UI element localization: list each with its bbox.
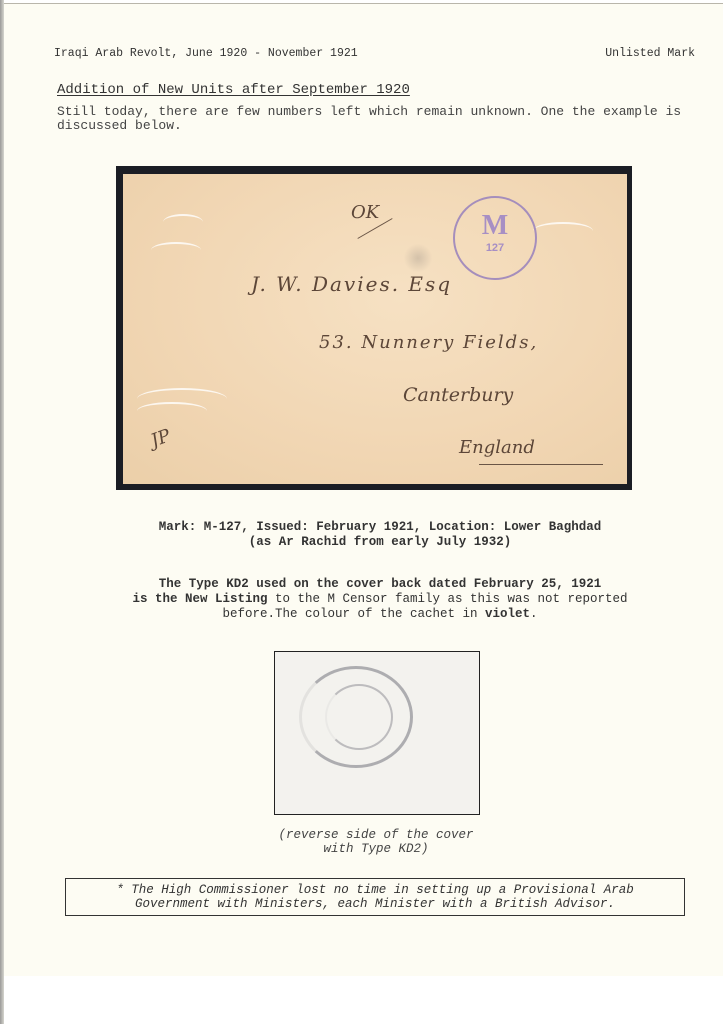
censor-number: 127: [455, 242, 535, 254]
reverse-caption: (reverse side of the cover with Type KD2…: [236, 828, 516, 856]
mark-caption-line-1: Mark: M-127, Issued: February 1921, Loca…: [100, 520, 660, 535]
cover-reverse-photo: [274, 651, 480, 815]
address-line-1: J. W. Davies. Esq: [251, 272, 452, 296]
censor-letter: M: [455, 212, 535, 240]
intro-text: Still today, there are few numbers left …: [57, 105, 697, 133]
envelope: OK M 127 J. W. Davies. Esq 53. Nunnery F…: [123, 174, 627, 484]
section-title: Addition of New Units after September 19…: [57, 82, 410, 98]
postmark-inner-ring: [325, 684, 393, 750]
description-text-1: to the M Censor family as this was not r…: [222, 592, 627, 621]
reverse-caption-line-2: with Type KD2): [236, 842, 516, 856]
page-header-title: Iraqi Arab Revolt, June 1920 - November …: [54, 47, 358, 60]
footnote-box: * The High Commissioner lost no time in …: [65, 878, 685, 916]
description: The Type KD2 used on the cover back date…: [100, 577, 660, 622]
smudge: [403, 244, 433, 272]
description-text-2: .: [530, 607, 538, 621]
reverse-caption-line-1: (reverse side of the cover: [236, 828, 516, 842]
description-bold-2: is the New Listing: [132, 592, 267, 606]
mark-caption: Mark: M-127, Issued: February 1921, Loca…: [100, 520, 660, 550]
address-line-4: England: [459, 437, 535, 458]
footnote-line-2: Government with Ministers, each Minister…: [66, 897, 684, 911]
handwritten-ok: OK: [351, 202, 379, 223]
address-line-2: 53. Nunnery Fields,: [319, 332, 538, 353]
description-bold-1: The Type KD2 used on the cover back date…: [159, 577, 602, 591]
page-header-tag: Unlisted Mark: [605, 47, 695, 60]
footnote-line-1: * The High Commissioner lost no time in …: [66, 883, 684, 897]
description-bold-violet: violet: [485, 607, 530, 621]
address-line-3: Canterbury: [403, 384, 513, 406]
mark-caption-line-2: (as Ar Rachid from early July 1932): [100, 535, 660, 550]
cover-front-photo: OK M 127 J. W. Davies. Esq 53. Nunnery F…: [116, 166, 632, 490]
censor-stamp-icon: M 127: [453, 196, 537, 280]
handwritten-initials: JP: [148, 425, 173, 451]
address-underline: [479, 464, 603, 465]
